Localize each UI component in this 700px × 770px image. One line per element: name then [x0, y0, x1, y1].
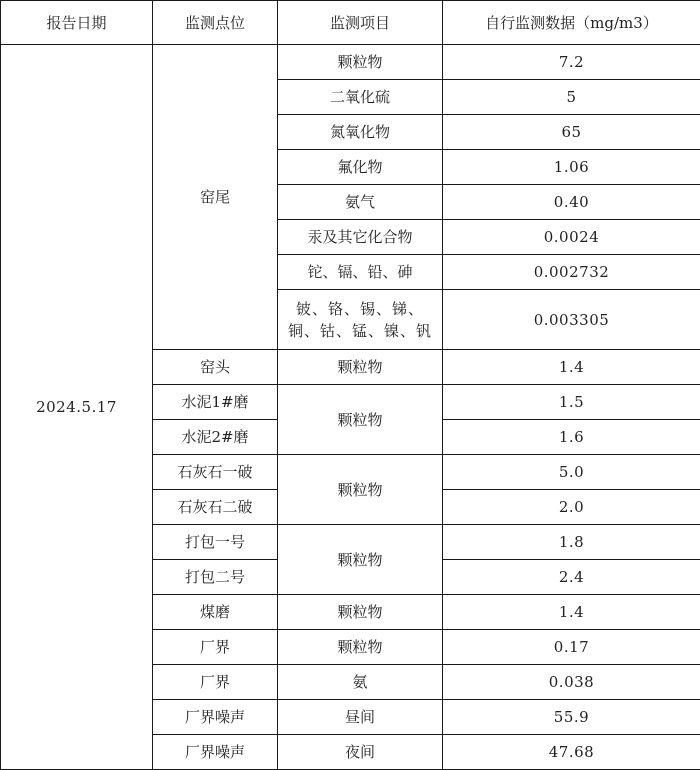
- header-value: 自行监测数据（mg/m3）: [443, 1, 700, 45]
- location-cell: 厂界噪声: [153, 700, 278, 735]
- location-cell: 厂界: [153, 630, 278, 665]
- location-cell: 水泥1#磨: [153, 385, 278, 420]
- item-cell: 颗粒物: [278, 45, 443, 80]
- header-row: 报告日期 监测点位 监测项目 自行监测数据（mg/m3）: [1, 1, 700, 45]
- report-date-cell: 2024.5.17: [1, 45, 153, 770]
- value-cell: 1.4: [443, 595, 700, 630]
- value-cell: 1.5: [443, 385, 700, 420]
- value-cell: 1.6: [443, 420, 700, 455]
- value-cell: 1.06: [443, 150, 700, 185]
- location-cell: 窑尾: [153, 45, 278, 350]
- item-cell: 铊、镉、铅、砷: [278, 255, 443, 290]
- value-cell: 65: [443, 115, 700, 150]
- header-report-date: 报告日期: [1, 1, 153, 45]
- item-cell: 汞及其它化合物: [278, 220, 443, 255]
- location-cell: 水泥2#磨: [153, 420, 278, 455]
- item-cell: 颗粒物: [278, 525, 443, 595]
- value-cell: 0.002732: [443, 255, 700, 290]
- monitoring-data-table: 报告日期 监测点位 监测项目 自行监测数据（mg/m3） 2024.5.17 窑…: [0, 0, 700, 769]
- value-cell: 2.0: [443, 490, 700, 525]
- location-cell: 打包一号: [153, 525, 278, 560]
- value-cell: 7.2: [443, 45, 700, 80]
- item-cell: 颗粒物: [278, 385, 443, 455]
- value-cell: 0.17: [443, 630, 700, 665]
- item-cell: 颗粒物: [278, 455, 443, 525]
- value-cell: 0.038: [443, 665, 700, 700]
- item-cell: 昼间: [278, 700, 443, 735]
- value-cell: 1.8: [443, 525, 700, 560]
- value-cell: 5: [443, 80, 700, 115]
- location-cell: 打包二号: [153, 560, 278, 595]
- location-cell: 厂界: [153, 665, 278, 700]
- value-cell: 1.4: [443, 350, 700, 385]
- location-cell: 石灰石一破: [153, 455, 278, 490]
- item-cell: 夜间: [278, 735, 443, 770]
- value-cell: 0.0024: [443, 220, 700, 255]
- table-row: 2024.5.17 窑尾 颗粒物 7.2: [1, 45, 700, 80]
- item-cell: 氨: [278, 665, 443, 700]
- item-cell: 氮氧化物: [278, 115, 443, 150]
- value-cell: 0.40: [443, 185, 700, 220]
- item-cell: 铍、铬、锡、锑、铜、钴、锰、镍、钒: [278, 290, 443, 350]
- item-cell: 颗粒物: [278, 595, 443, 630]
- item-cell: 二氧化硫: [278, 80, 443, 115]
- location-cell: 厂界噪声: [153, 735, 278, 770]
- location-cell: 石灰石二破: [153, 490, 278, 525]
- item-cell: 颗粒物: [278, 630, 443, 665]
- item-cell: 颗粒物: [278, 350, 443, 385]
- value-cell: 5.0: [443, 455, 700, 490]
- item-cell: 氟化物: [278, 150, 443, 185]
- location-cell: 煤磨: [153, 595, 278, 630]
- value-cell: 55.9: [443, 700, 700, 735]
- value-cell: 2.4: [443, 560, 700, 595]
- location-cell: 窑头: [153, 350, 278, 385]
- header-location: 监测点位: [153, 1, 278, 45]
- value-cell: 47.68: [443, 735, 700, 770]
- item-cell: 氨气: [278, 185, 443, 220]
- header-item: 监测项目: [278, 1, 443, 45]
- value-cell: 0.003305: [443, 290, 700, 350]
